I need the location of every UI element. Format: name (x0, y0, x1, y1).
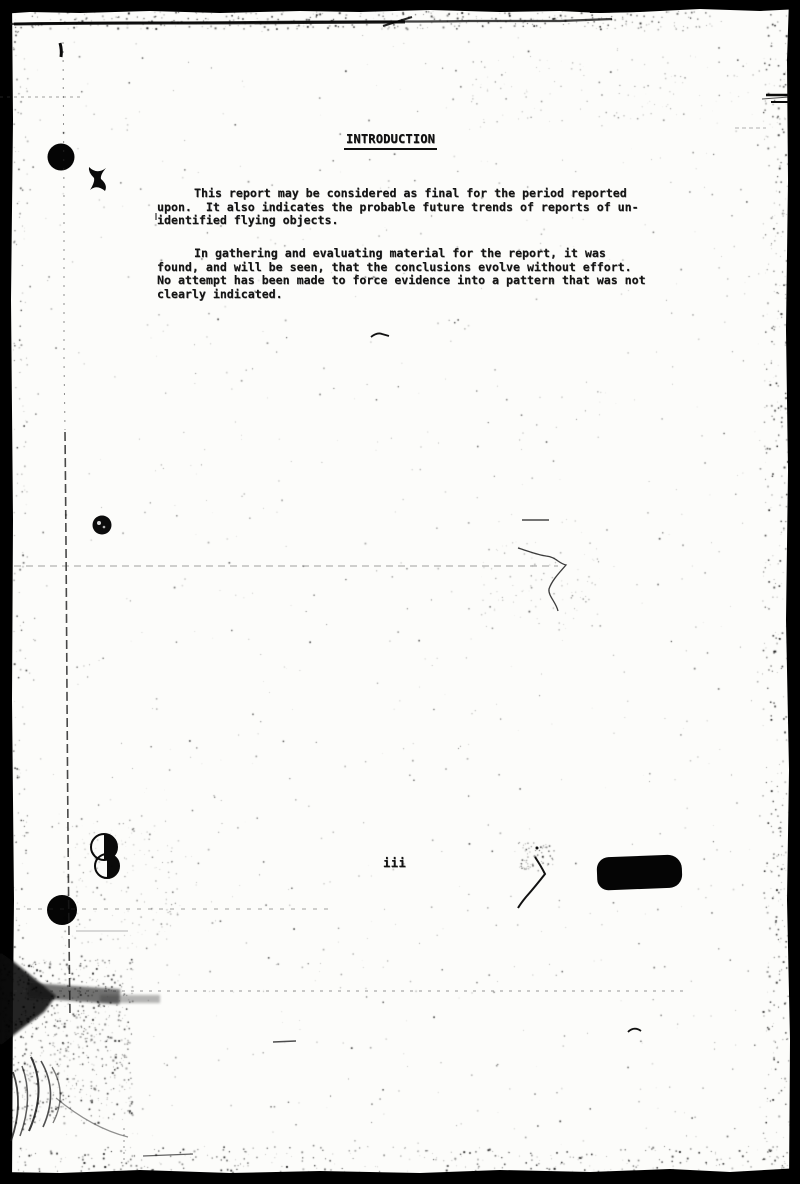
exclamation-smear (60, 43, 61, 57)
crack-mark (518, 548, 566, 611)
scribble-mark (518, 847, 545, 909)
bottom-left-corner-blob (0, 952, 56, 1046)
fold-line-upper (63, 42, 65, 430)
fold-line-lower (65, 432, 70, 1014)
text-line: upon. It also indicates the probable fut… (157, 201, 677, 215)
scanned-document-page: INTRODUCTION This report may be consider… (0, 0, 800, 1184)
staple-mark (89, 167, 106, 191)
redaction-bar (596, 854, 682, 890)
top-border (0, 0, 800, 14)
scan-noise-layer (0, 0, 800, 1184)
tilde-mark (371, 333, 389, 337)
text-line: found, and will be seen, that the conclu… (157, 261, 677, 275)
top-smudge-line-dark (14, 22, 405, 24)
figure-eight-mark (91, 834, 119, 878)
top-border-dip (583, 0, 640, 13)
right-border (786, 0, 800, 1184)
text-line: This report may be considered as final f… (157, 187, 677, 201)
stray-dashes (124, 213, 641, 1162)
smudge-band-light (100, 995, 160, 1003)
text-line: In gathering and evaluating material for… (157, 247, 677, 261)
top-smudge-cross-stroke (383, 17, 412, 26)
text-line: No attempt has been made to force eviden… (157, 274, 677, 288)
top-smudge-line (10, 19, 612, 24)
paragraph-2: In gathering and evaluating material for… (157, 247, 677, 301)
hole-punch-bottom (47, 895, 77, 925)
right-edge-scribble (762, 95, 789, 102)
bottom-border (0, 1168, 800, 1184)
paragraph-1: This report may be considered as final f… (157, 187, 677, 228)
smudge-band (28, 983, 121, 1004)
left-border (0, 0, 14, 1184)
scratch-marks (11, 1057, 128, 1141)
page-number: iii (383, 856, 406, 870)
ink-ring (93, 516, 112, 535)
scan-artifacts-layer (0, 0, 800, 1184)
text-line: clearly indicated. (157, 288, 677, 302)
text-line: identified flying objects. (157, 214, 677, 228)
hole-punch-top (48, 144, 75, 171)
page-title: INTRODUCTION (344, 132, 437, 150)
